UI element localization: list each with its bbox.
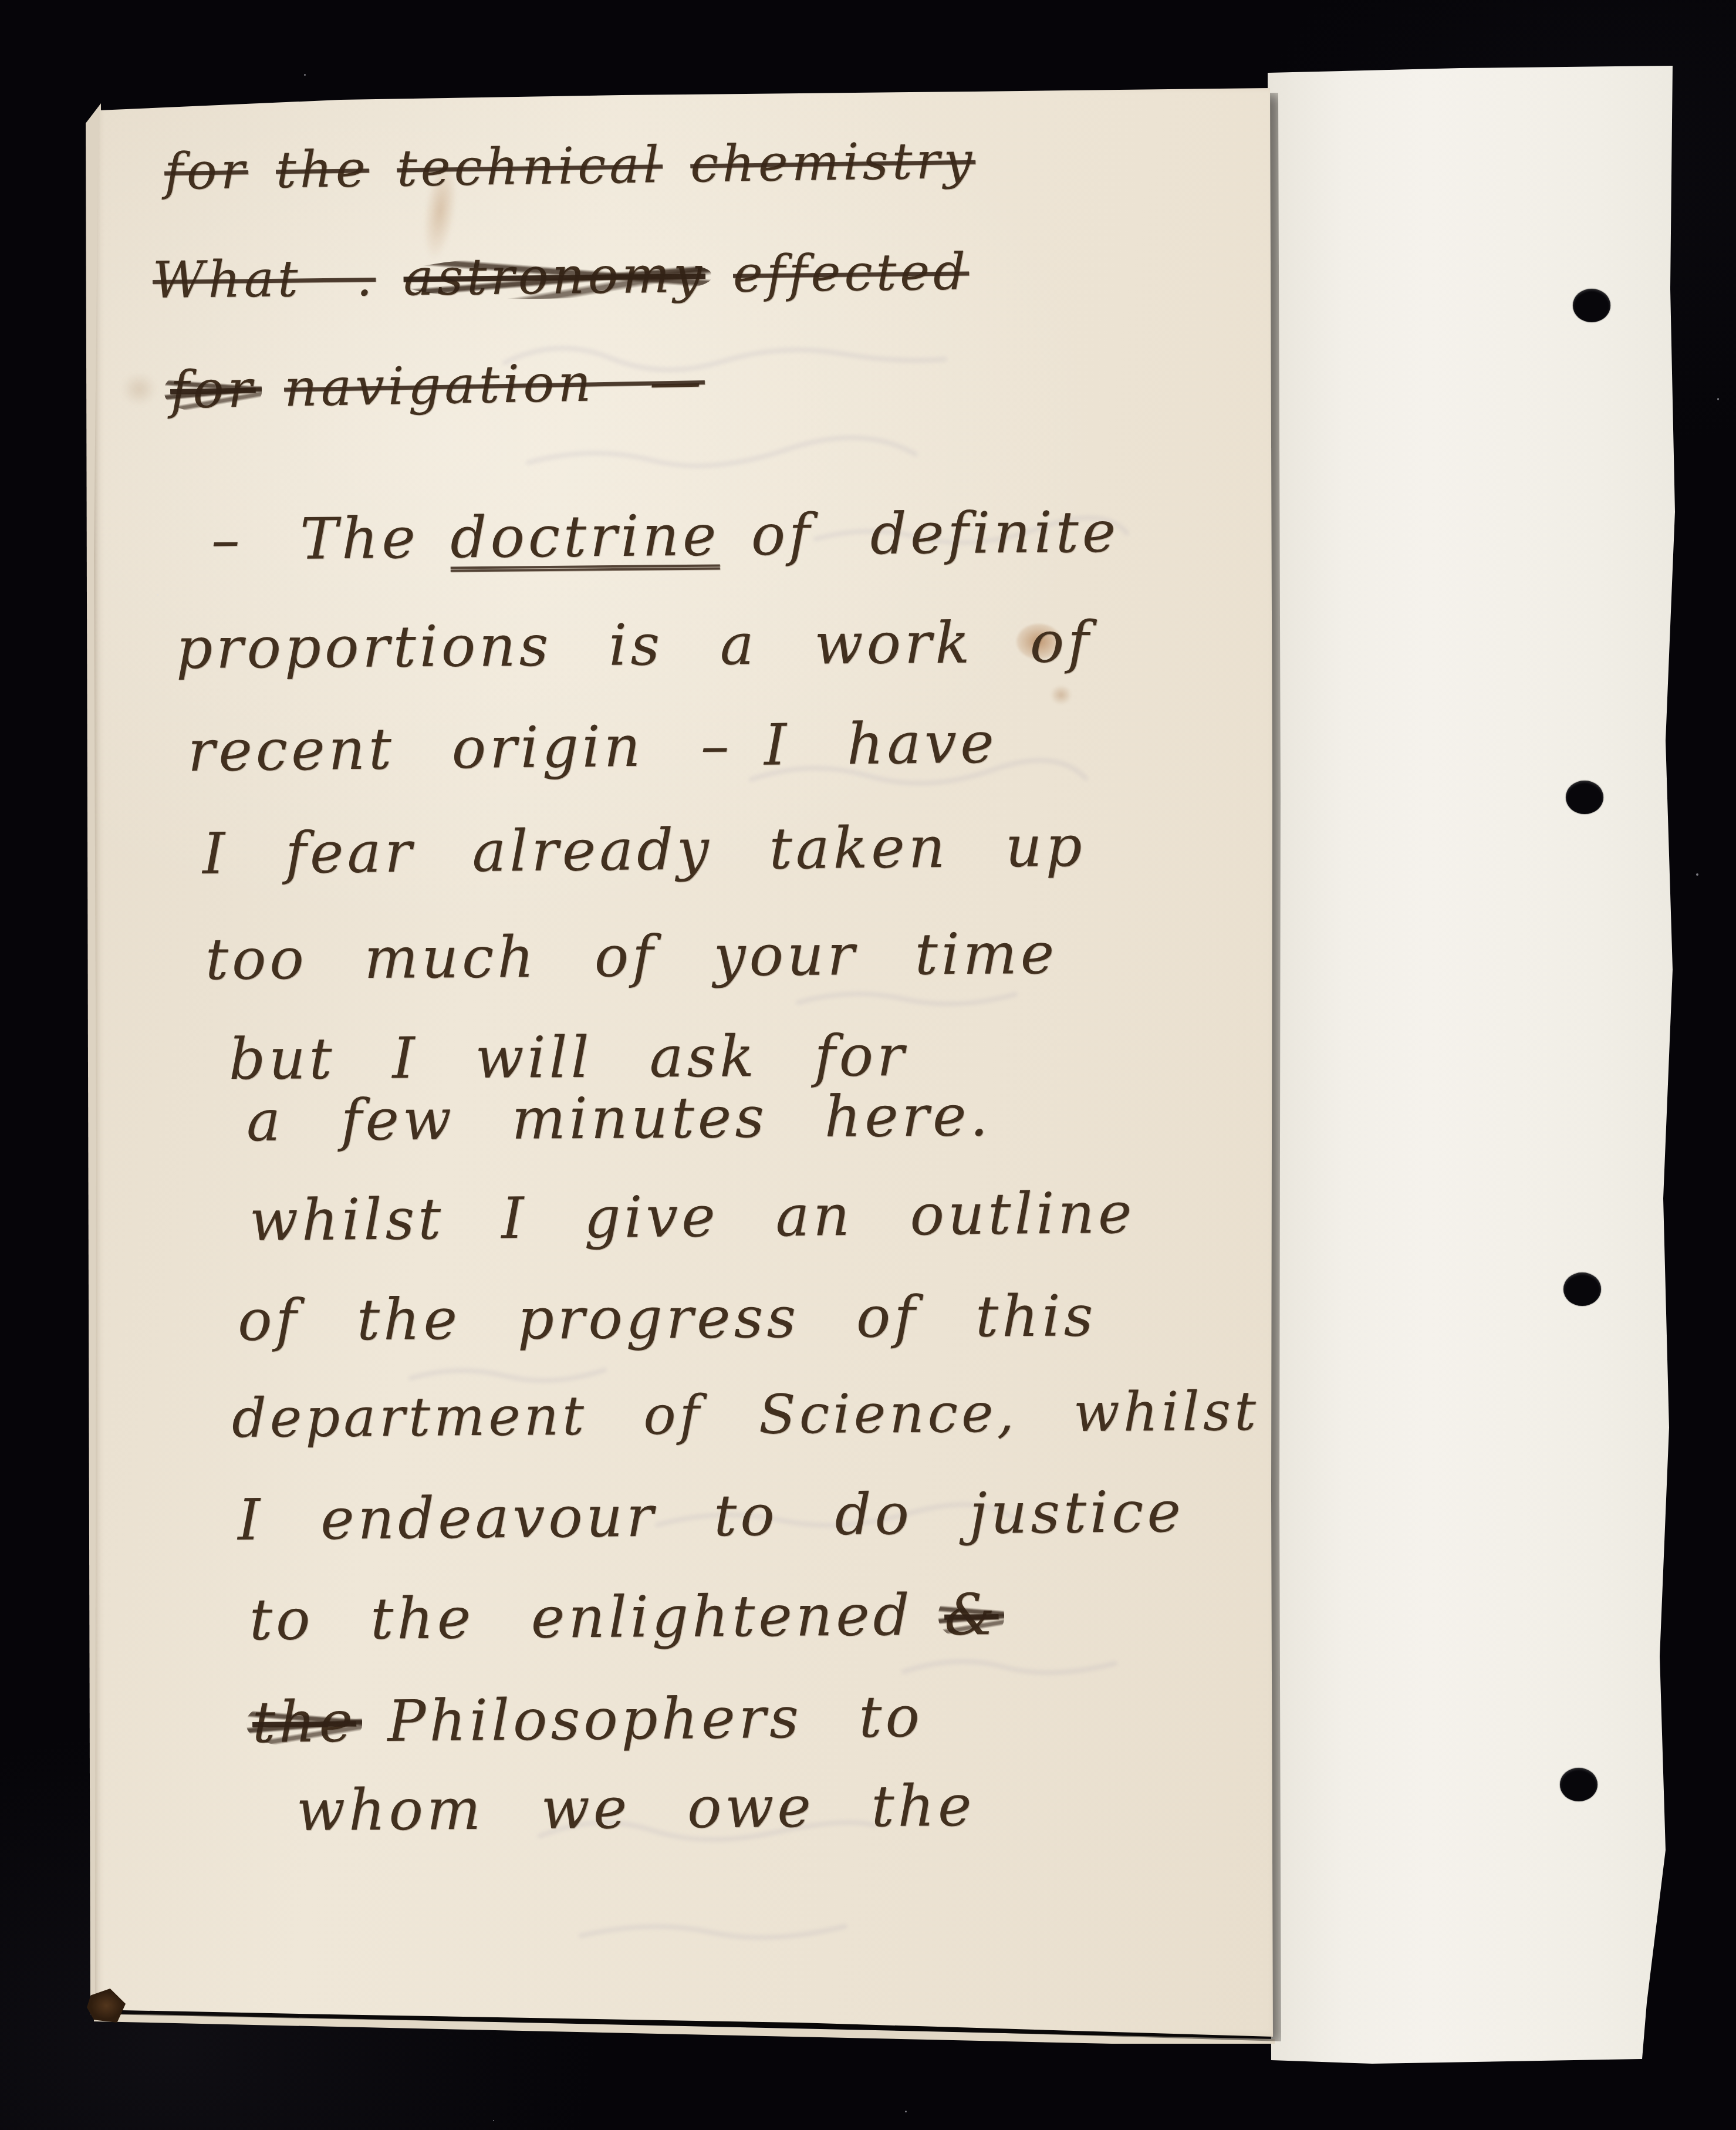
handwriting-line: recent origin –I have (187, 709, 1029, 784)
handwriting-segment: navigation — (283, 350, 705, 418)
handwriting-segment: I fear already taken up (202, 813, 1086, 887)
handwriting-line: but I will ask for (229, 1022, 939, 1092)
handwriting-line: whom we owe the (296, 1773, 1007, 1844)
handwriting-segment: the (252, 1688, 357, 1756)
handwriting-line: to the enlightened& (249, 1581, 1031, 1653)
handwriting-segment: astronomy (403, 245, 705, 307)
handwriting-line: forthetechnicalchemistry (164, 131, 1004, 201)
handwriting-segment: chemistry (690, 131, 976, 194)
handwriting-segment: department of Science, whilst (232, 1380, 1260, 1450)
backing-sheet (1255, 66, 1684, 2068)
handwriting-line: department of Science, whilst (232, 1379, 1289, 1450)
handwriting-segment: What . (152, 249, 376, 310)
handwriting-line: of the progress of this (238, 1282, 1128, 1353)
handwriting-line: proportions is a work of (176, 609, 1124, 681)
handwriting-segment: Philosophers to (387, 1683, 924, 1754)
punch-hole (1560, 1768, 1597, 1801)
dust-speck (905, 2111, 907, 2112)
handwriting-segment: a few minutes here. (246, 1082, 992, 1154)
handwriting-segment: the (275, 140, 369, 200)
handwriting-segment: technical (396, 136, 663, 198)
dust-speck (1717, 398, 1719, 400)
punch-hole (1573, 289, 1610, 322)
handwriting-segment: doctrine (450, 502, 720, 571)
handwriting-segment: but I will ask for (229, 1022, 908, 1092)
handwriting-segment: to the enlightened (249, 1582, 914, 1653)
manuscript-page: forthetechnicalchemistryWhat .astronomye… (94, 87, 1274, 2041)
handwriting-line: I endeavour to do justice (238, 1478, 1216, 1553)
handwriting-segment: I have (764, 710, 998, 778)
handwriting-line: whilst I give an outline (249, 1179, 1167, 1254)
handwriting-line: a few minutes here. (246, 1082, 1023, 1154)
dust-speck (304, 74, 306, 76)
dust-speck (1696, 873, 1698, 876)
handwriting-segment: whom we owe the (296, 1773, 975, 1844)
handwriting-segment: effected (732, 242, 969, 303)
handwriting-layer: forthetechnicalchemistryWhat .astronomye… (94, 87, 1274, 2041)
photograph-background: forthetechnicalchemistryWhat .astronomye… (0, 0, 1736, 2130)
handwriting-segment: whilst I give an outline (249, 1180, 1136, 1254)
handwriting-line: too much of your time (205, 920, 1089, 993)
handwriting-line: I fear already taken up (202, 812, 1117, 887)
handwriting-segment: – The (211, 505, 420, 573)
handwriting-segment: of the progress of this (238, 1282, 1097, 1353)
handwriting-line: thePhilosophers to (252, 1683, 955, 1756)
handwriting-segment: proportions is a work of (176, 609, 1093, 681)
dust-speck (154, 950, 155, 951)
dust-speck (493, 2120, 494, 2121)
handwriting-line: – Thedoctrineof definite (211, 498, 1151, 573)
handwriting-segment: recent origin – (187, 712, 733, 784)
handwriting-line: fornavigation — (170, 350, 734, 420)
handwriting-segment: for (170, 358, 256, 420)
handwriting-segment: too much of your time (205, 920, 1058, 993)
handwriting-segment: I endeavour to do justice (238, 1478, 1185, 1553)
handwriting-segment: for (164, 141, 248, 201)
handwriting-segment: of definite (751, 499, 1119, 568)
punch-hole (1566, 781, 1603, 814)
handwriting-segment: & (944, 1581, 999, 1648)
dust-speck (157, 594, 158, 596)
punch-hole (1563, 1272, 1601, 1306)
handwriting-line: What .astronomyeffected (152, 242, 997, 310)
